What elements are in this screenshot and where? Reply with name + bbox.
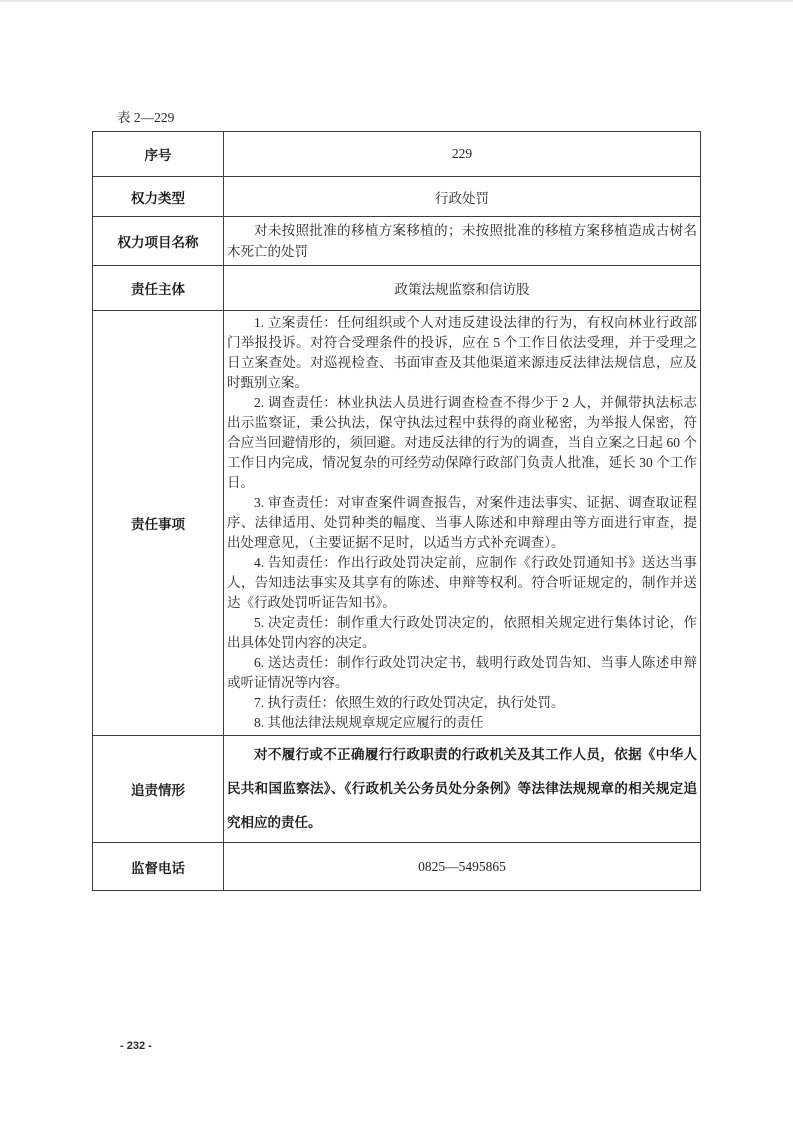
supervision-phone-value: 0825—5495865 — [224, 843, 701, 891]
power-item-name-label: 权力项目名称 — [93, 217, 224, 266]
power-item-name-cell: 对未按照批准的移植方案移植的；未按照批准的移植方案移植造成古树名木死亡的处罚 — [224, 217, 701, 266]
supervision-phone-label: 监督电话 — [93, 843, 224, 891]
accountability-situations-value: 对不履行或不正确履行行政职责的行政机关及其工作人员，依据《中华人民共和国监察法》… — [227, 738, 697, 840]
power-responsibility-table: 序号 229 权力类型 行政处罚 权力项目名称 对未按照批准的移植方案移植的；未… — [92, 131, 701, 891]
serial-number-label: 序号 — [93, 132, 224, 177]
responsible-body-label: 责任主体 — [93, 266, 224, 311]
responsibility-item-8: 8. 其他法律法规规章规定应履行的责任 — [227, 713, 697, 733]
responsibility-matters-label: 责任事项 — [93, 311, 224, 736]
responsible-body-value: 政策法规监察和信访股 — [224, 266, 701, 311]
responsibility-item-2: 2. 调查责任：林业执法人员进行调查检查不得少于 2 人，并佩带执法标志出示监察… — [227, 393, 697, 493]
responsibility-item-3: 3. 审查责任：对审查案件调查报告，对案件违法事实、证据、调查取证程序、法律适用… — [227, 493, 697, 553]
power-type-label: 权力类型 — [93, 177, 224, 217]
table-row-power-type: 权力类型 行政处罚 — [93, 177, 701, 217]
document-page: 表 2—229 序号 229 权力类型 行政处罚 权力项目名称 对未按照批准的移… — [0, 0, 793, 1122]
responsibility-item-1: 1. 立案责任：任何组织或个人对违反建设法律的行为，有权向林业行政部门举报投诉。… — [227, 313, 697, 393]
table-row-responsible-body: 责任主体 政策法规监察和信访股 — [93, 266, 701, 311]
accountability-situations-cell: 对不履行或不正确履行行政职责的行政机关及其工作人员，依据《中华人民共和国监察法》… — [224, 736, 701, 843]
table-row-supervision-phone: 监督电话 0825—5495865 — [93, 843, 701, 891]
responsibility-item-7: 7. 执行责任：依照生效的行政处罚决定，执行处罚。 — [227, 693, 697, 713]
power-item-name-value: 对未按照批准的移植方案移植的；未按照批准的移植方案移植造成古树名木死亡的处罚 — [227, 220, 697, 262]
responsibility-item-5: 5. 决定责任：制作重大行政处罚决定的，依照相关规定进行集体讨论，作出具体处罚内… — [227, 613, 697, 653]
table-caption: 表 2—229 — [117, 109, 174, 126]
responsibility-matters-cell: 1. 立案责任：任何组织或个人对违反建设法律的行为，有权向林业行政部门举报投诉。… — [224, 311, 701, 736]
scan-edge-line — [0, 0, 793, 2]
responsibility-item-4: 4. 告知责任：作出行政处罚决定前，应制作《行政处罚通知书》送达当事人，告知违法… — [227, 553, 697, 613]
serial-number-value: 229 — [224, 132, 701, 177]
responsibility-item-6: 6. 送达责任：制作行政处罚决定书，载明行政处罚告知、当事人陈述申辩或听证情况等… — [227, 653, 697, 693]
table-row-responsibility-matters: 责任事项 1. 立案责任：任何组织或个人对违反建设法律的行为，有权向林业行政部门… — [93, 311, 701, 736]
table-row-power-item-name: 权力项目名称 对未按照批准的移植方案移植的；未按照批准的移植方案移植造成古树名木… — [93, 217, 701, 266]
accountability-situations-label: 追责情形 — [93, 736, 224, 843]
table-row-accountability-situations: 追责情形 对不履行或不正确履行行政职责的行政机关及其工作人员，依据《中华人民共和… — [93, 736, 701, 843]
power-type-value: 行政处罚 — [224, 177, 701, 217]
page-number: - 232 - — [120, 1040, 152, 1052]
table-row-serial-number: 序号 229 — [93, 132, 701, 177]
